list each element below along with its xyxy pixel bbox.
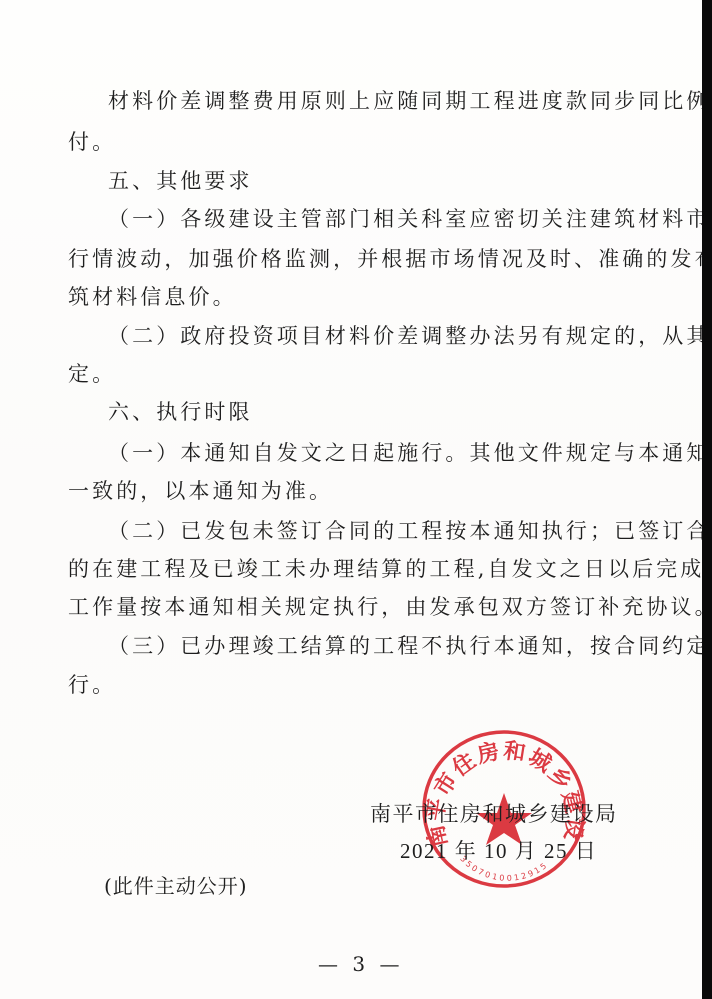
body-line: 行。 xyxy=(68,672,116,698)
body-line: 付。 xyxy=(68,129,116,155)
scan-edge-border xyxy=(702,0,712,999)
body-line: 行情波动，加强价格监测，并根据市场情况及时、准确的发布建 xyxy=(68,246,712,272)
section-heading-other-requirements: 五、其他要求 xyxy=(108,168,253,194)
body-line: 工作量按本通知相关规定执行，由发承包双方签订补充协议。 xyxy=(68,594,712,620)
body-line: （一）本通知自发文之日起施行。其他文件规定与本通知不 xyxy=(108,440,712,466)
body-line: （二）已发包未签订合同的工程按本通知执行；已签订合同 xyxy=(108,518,712,544)
body-line: 材料价差调整费用原则上应随同期工程进度款同步同比例拨 xyxy=(108,88,712,114)
body-line: （三）已办理竣工结算的工程不执行本通知，按合同约定执 xyxy=(108,633,712,659)
body-line: （一）各级建设主管部门相关科室应密切关注建筑材料市场 xyxy=(108,206,712,232)
body-line: 一致的，以本通知为准。 xyxy=(68,478,333,504)
public-disclosure-note: (此件主动公开) xyxy=(104,870,248,899)
body-line: 的在建工程及已竣工未办理结算的工程,自发文之日以后完成的 xyxy=(68,556,712,582)
body-line: 筑材料信息价。 xyxy=(68,284,237,310)
document-page: 材料价差调整费用原则上应随同期工程进度款同步同比例拨 付。 五、其他要求 （一）… xyxy=(0,0,702,999)
issuer-name: 南平市住房和城乡建设局 xyxy=(370,798,618,828)
body-line: （二）政府投资项目材料价差调整办法另有规定的，从其规 xyxy=(108,323,712,349)
body-line: 定。 xyxy=(68,361,116,387)
issue-date: 2021 年 10 月 25 日 xyxy=(400,835,597,865)
page-number: — 3 — xyxy=(318,952,403,976)
section-heading-effective-period: 六、执行时限 xyxy=(108,399,253,425)
